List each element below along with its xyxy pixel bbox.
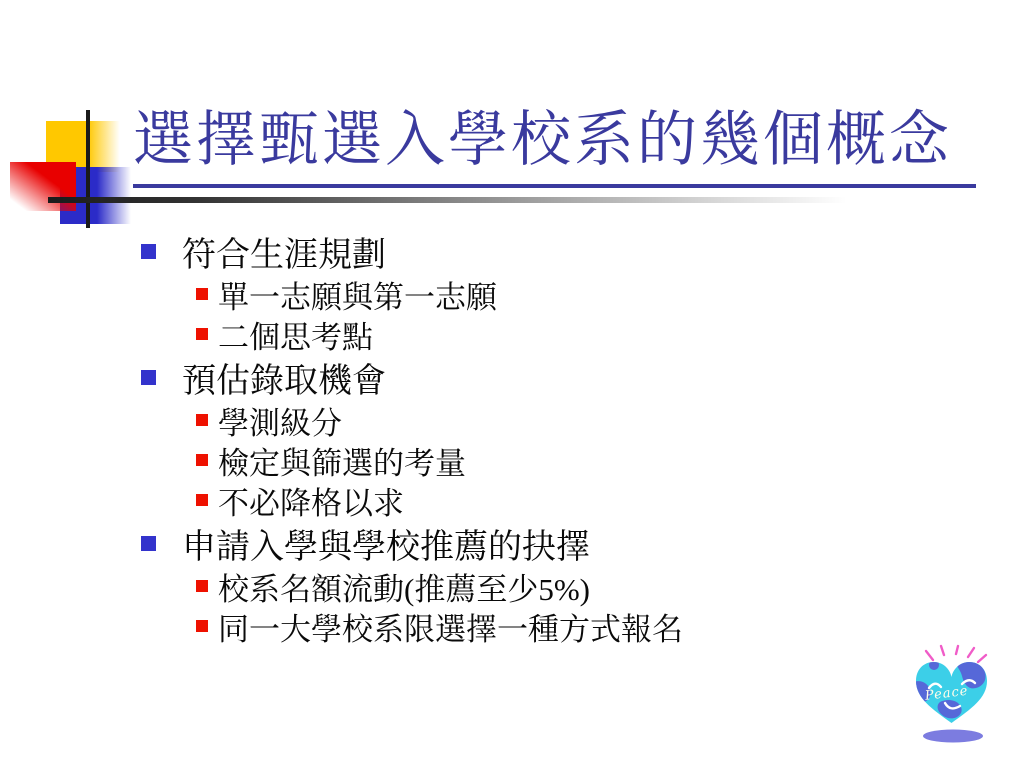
bullet-list: 符合生涯規劃單一志願與第一志願二個思考點預估錄取機會學測級分檢定與篩選的考量不必…: [141, 228, 921, 646]
level-2-bullet-icon: [196, 494, 208, 506]
sparkle-rays-icon: [926, 646, 986, 662]
earth-heart-icon: Peace: [908, 658, 987, 726]
list-item-level-2: 檢定與篩選的考量: [141, 440, 921, 480]
level-2-bullet-icon: [196, 414, 208, 426]
level-1-bullet-icon: [141, 536, 156, 551]
list-item-level-2: 二個思考點: [141, 314, 921, 354]
level-2-bullet-icon: [196, 580, 208, 592]
list-item-level-2: 學測級分: [141, 400, 921, 440]
list-item-level-1: 申請入學與學校推薦的抉擇: [141, 520, 921, 566]
bullet-text: 預估錄取機會: [182, 353, 386, 402]
presentation-slide: 選擇甄選入學校系的幾個概念 符合生涯規劃單一志願與第一志願二個思考點預估錄取機會…: [0, 0, 1024, 768]
bullet-text: 檢定與篩選的考量: [218, 438, 466, 483]
heart-shadow-ellipse: [923, 730, 983, 743]
bullet-text: 申請入學與學校推薦的抉擇: [182, 519, 590, 568]
decor-vertical-line: [86, 110, 90, 228]
level-2-bullet-icon: [196, 620, 208, 632]
list-item-level-2: 單一志願與第一志願: [141, 274, 921, 314]
peace-heart-graphic: Peace: [903, 644, 1005, 759]
list-item-level-1: 符合生涯規劃: [141, 228, 921, 274]
bullet-text: 符合生涯規劃: [182, 227, 386, 276]
bullet-text: 學測級分: [218, 398, 342, 443]
list-item-level-2: 同一大學校系限選擇一種方式報名: [141, 606, 921, 646]
decor-red-square: [10, 162, 76, 211]
bullet-text: 同一大學校系限選擇一種方式報名: [218, 604, 683, 649]
bullet-text: 二個思考點: [218, 312, 373, 357]
bullet-text: 不必降格以求: [218, 478, 404, 523]
slide-title: 選擇甄選入學校系的幾個概念: [133, 103, 976, 188]
decor-horizontal-rule: [48, 197, 880, 203]
level-1-bullet-icon: [141, 244, 156, 259]
list-item-level-2: 不必降格以求: [141, 480, 921, 520]
level-2-bullet-icon: [196, 328, 208, 340]
level-2-bullet-icon: [196, 288, 208, 300]
bullet-text: 單一志願與第一志願: [218, 272, 497, 317]
level-2-bullet-icon: [196, 454, 208, 466]
bullet-text: 校系名額流動(推薦至少5%): [218, 564, 590, 609]
level-1-bullet-icon: [141, 370, 156, 385]
list-item-level-2: 校系名額流動(推薦至少5%): [141, 566, 921, 606]
list-item-level-1: 預估錄取機會: [141, 354, 921, 400]
